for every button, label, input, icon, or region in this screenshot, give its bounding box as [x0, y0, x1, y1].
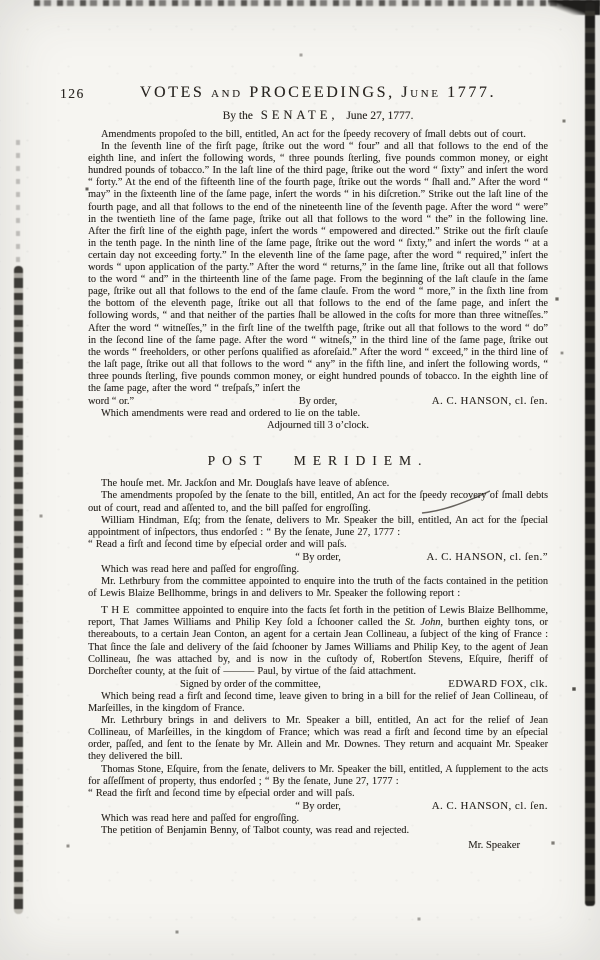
committee-signed-line: Signed by order of the committee, EDWARD…: [88, 678, 548, 691]
scan-binding-edge-right: [585, 2, 595, 906]
catchword: Mr. Speaker: [88, 840, 548, 851]
senate-heading-date: June 27, 1777.: [346, 110, 413, 122]
paragraph-amendments-assented: The amendments propoſed by the ſenate to…: [88, 490, 548, 514]
paragraph-engrossed-2: Which was read here and paſſed for engro…: [88, 813, 548, 825]
scan-edge-top: [34, 0, 600, 6]
paragraph-amendments-detail: In the ſeventh line of the firſt page, ſ…: [88, 141, 548, 395]
paragraph-amendments-proposed: Amendments propoſed to the bill, entitle…: [88, 129, 548, 141]
edward-fox-signature: EDWARD FOX, clk.: [448, 678, 548, 690]
scan-binding-edge-left: [14, 266, 23, 914]
scanned-page: 126 VOTES and PROCEEDINGS, June 1777. By…: [0, 0, 600, 960]
page-text-block: 126 VOTES and PROCEEDINGS, June 1777. By…: [88, 84, 548, 851]
paragraph-leave-given: Which being read a firſt and ſecond time…: [88, 691, 548, 715]
schooner-name: St. John,: [405, 617, 443, 628]
paragraph-committee-report: THE committee appointed to enquire into …: [88, 604, 548, 678]
report-opening-word: THE: [101, 604, 133, 616]
page-number: 126: [60, 86, 85, 102]
clerk-signature-2: A. C. HANSON, cl. ſen.”: [426, 551, 548, 563]
by-order-line-hindman: “ By order, A. C. HANSON, cl. ſen.”: [88, 551, 548, 564]
paragraph-stone-bill: Thomas Stone, Eſquire, from the ſenate, …: [88, 764, 548, 788]
senate-heading-word: SENATE,: [261, 108, 339, 122]
by-order-line-senate: word “ or.” By order, A. C. HANSON, cl. …: [88, 395, 548, 408]
scan-binding-edge-left-faint: [16, 140, 20, 270]
adjournment-line: Adjourned till 3 o’clock.: [88, 420, 548, 432]
by-order-label: “ By order,: [295, 801, 341, 813]
paragraph-endorsement-read-2: “ Read the firſt and ſecond time by eſpe…: [88, 788, 548, 800]
clerk-signature-3: A. C. HANSON, cl. ſen.: [432, 800, 548, 812]
clerk-signature-1: A. C. HANSON, cl. ſen.: [432, 395, 548, 407]
senate-section-heading: By the SENATE, June 27, 1777.: [88, 108, 548, 123]
by-order-line-stone: “ By order, A. C. HANSON, cl. ſen.: [88, 800, 548, 813]
paragraph-house-met: The houſe met. Mr. Jackſon and Mr. Dougl…: [88, 478, 548, 490]
paragraph-engrossed-1: Which was read here and paſſed for engro…: [88, 564, 548, 576]
paragraph-endorsement-read-1: “ Read a firſt and ſecond time by eſpeci…: [88, 539, 548, 551]
running-header-title: VOTES and PROCEEDINGS, June 1777.: [140, 84, 496, 101]
senate-heading-prefix: By the: [223, 110, 253, 122]
by-order-label: By order,: [299, 396, 337, 408]
line-end-text: word “ or.”: [88, 396, 134, 408]
paragraph-amendments-read: Which amendments were read and ordered t…: [88, 408, 548, 420]
paragraph-lethrbury-report-intro: Mr. Lethrbury from the committee appoint…: [88, 576, 548, 600]
post-meridiem-heading: POST MERIDIEM.: [88, 453, 548, 469]
running-head: 126 VOTES and PROCEEDINGS, June 1777.: [88, 84, 548, 102]
paragraph-hindman-bill: William Hindman, Eſq; from the ſenate, d…: [88, 515, 548, 539]
by-order-label: “ By order,: [295, 552, 341, 564]
ink-specks: [0, 0, 2, 2]
paragraph-benny-petition: The petition of Benjamin Benny, of Talbo…: [88, 825, 548, 837]
paragraph-lethrbury-bill: Mr. Lethrbury brings in and delivers to …: [88, 715, 548, 763]
signed-by-order-label: Signed by order of the committee,: [180, 679, 321, 691]
